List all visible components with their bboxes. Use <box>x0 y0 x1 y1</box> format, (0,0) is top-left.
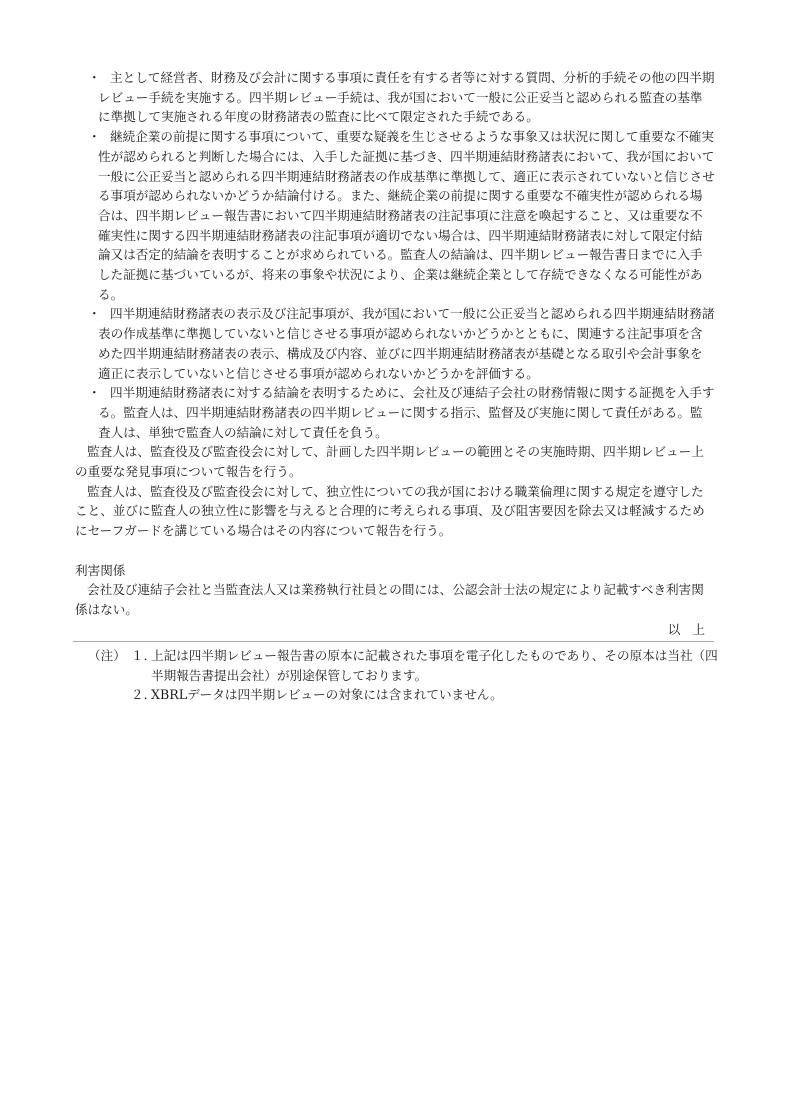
section-title-interest: 利害関係 <box>75 561 715 581</box>
bullet-item: ・ 継続企業の前提に関する事項について、重要な疑義を生じさせるような事象又は状況… <box>75 127 715 304</box>
bullet-marker: ・ <box>88 127 101 147</box>
bullet-marker: ・ <box>88 68 101 88</box>
bullet-text: 四半期連結財務諸表の表示及び注記事項が、我が国において一般に公正妥当と認められる… <box>98 304 715 383</box>
divider-rule <box>73 641 714 642</box>
notes-section: （注） １． 上記は四半期レビュー報告書の原本に記載された事項を電子化したもので… <box>88 646 718 705</box>
paragraph-interest: 会社及び連結子会社と当監査法人又は業務執行社員との間には、公認会計士法の規定によ… <box>75 580 715 619</box>
signoff-right: 上 <box>692 620 705 640</box>
paragraph-independence: 監査人は、監査役及び監査役会に対して、独立性についての我が国における職業倫理に関… <box>75 482 715 541</box>
note-number: ２． <box>131 685 156 705</box>
bullet-marker: ・ <box>88 383 101 403</box>
note-item: １． 上記は四半期レビュー報告書の原本に記載された事項を電子化したものであり、そ… <box>88 646 718 685</box>
bullet-item: ・ 四半期連結財務諸表に対する結論を表明するために、会社及び連結子会社の財務情報… <box>75 383 715 442</box>
paragraph-reporting: 監査人は、監査役及び監査役会に対して、計画した四半期レビューの範囲とその実施時期… <box>75 442 715 481</box>
signoff-left: 以 <box>668 620 681 640</box>
report-body: ・ 主として経営者、財務及び会計に関する事項に責任を有する者等に対する質問、分析… <box>75 68 715 639</box>
bullet-text: 四半期連結財務諸表に対する結論を表明するために、会社及び連結子会社の財務情報に関… <box>98 383 715 442</box>
bullet-item: ・ 四半期連結財務諸表の表示及び注記事項が、我が国において一般に公正妥当と認めら… <box>75 304 715 383</box>
bullet-item: ・ 主として経営者、財務及び会計に関する事項に責任を有する者等に対する質問、分析… <box>75 68 715 127</box>
note-text: XBRLデータは四半期レビューの対象には含まれていません。 <box>131 685 718 705</box>
bullet-marker: ・ <box>88 304 101 324</box>
bullet-text: 継続企業の前提に関する事項について、重要な疑義を生じさせるような事象又は状況に関… <box>98 127 715 304</box>
signoff: 以 上 <box>75 620 715 640</box>
note-item: ２． XBRLデータは四半期レビューの対象には含まれていません。 <box>88 685 718 705</box>
bullet-text: 主として経営者、財務及び会計に関する事項に責任を有する者等に対する質問、分析的手… <box>98 68 715 127</box>
note-text: 上記は四半期レビュー報告書の原本に記載された事項を電子化したものであり、その原本… <box>131 646 718 685</box>
note-number: １． <box>131 646 156 666</box>
document-page: ・ 主として経営者、財務及び会計に関する事項に責任を有する者等に対する質問、分析… <box>0 0 790 1118</box>
